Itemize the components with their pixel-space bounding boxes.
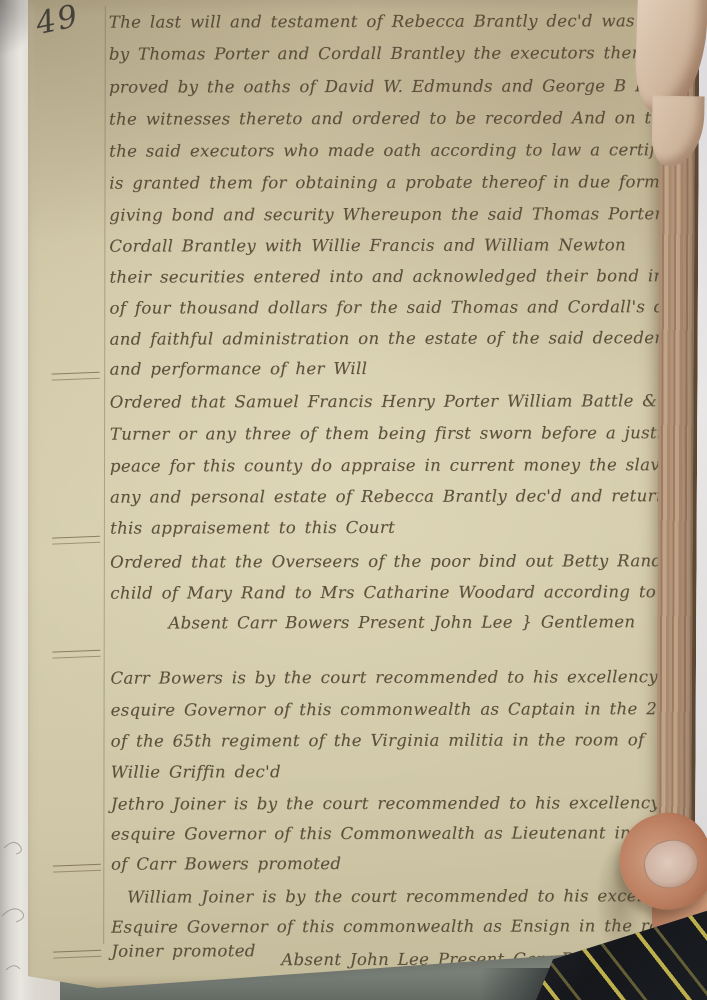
manuscript-line: Absent Carr Bowers Present John Lee } Ge…: [168, 612, 635, 632]
manuscript-line: Joiner promoted: [111, 941, 256, 960]
manuscript-line: by Thomas Porter and Cordall Brantley th…: [109, 43, 707, 64]
manuscript-line: of four thousand dollars for the said Th…: [109, 297, 685, 318]
manuscript-line: Ordered that the Overseers of the poor b…: [110, 551, 707, 572]
manuscript-line: any and personal estate of Rebecca Brant…: [110, 486, 667, 506]
manuscript-page: 49 The last will and testament of Rebecc…: [28, 0, 660, 992]
manuscript-line: Cordall Brantley with Willie Francis and…: [109, 235, 626, 255]
manuscript-line: giving bond and security Whereupon the s…: [109, 204, 686, 225]
manuscript-line: peace for this county do appraise in cur…: [110, 455, 700, 476]
manuscript-line: The last will and testament of Rebecca B…: [109, 11, 707, 32]
paragraph-margin-mark: [53, 864, 101, 873]
paragraph-margin-mark: [52, 372, 100, 381]
manuscript-line: Jethro Joiner is by the court recommende…: [111, 793, 707, 814]
manuscript-line: and faithful administration on the estat…: [110, 328, 673, 348]
manuscript-line: this appraisement to this Court: [110, 518, 395, 538]
manuscript-line: Willie Griffin dec'd: [111, 762, 281, 781]
manuscript-line: the witnesses thereto and ordered to be …: [109, 108, 707, 129]
manuscript-line: Ordered that Samuel Francis Henry Porter…: [110, 391, 707, 412]
paragraph-margin-mark: [52, 536, 100, 545]
paragraph-margin-mark: [52, 650, 100, 659]
manuscript-line: of Carr Bowers promoted: [111, 854, 341, 874]
manuscript-line: is granted them for obtaining a probate …: [109, 172, 707, 193]
manuscript-line: esquire Governor of this commonwealth as…: [111, 699, 707, 720]
manuscript-line: Turner or any three of them being first …: [110, 423, 707, 444]
ink-lines: The last will and testament of Rebecca B…: [27, 0, 662, 993]
manuscript-line: child of Mary Rand to Mrs Catharine Wood…: [110, 582, 700, 603]
manuscript-line: the said executors who made oath accordi…: [109, 140, 698, 161]
manuscript-line: their securities entered into and acknow…: [109, 266, 707, 287]
manuscript-line: Carr Bowers is by the court recommended …: [110, 667, 707, 688]
paragraph-margin-mark: [53, 950, 101, 959]
photograph-of-record-book: 49 The last will and testament of Rebecc…: [0, 0, 707, 1000]
manuscript-line: and performance of her Will: [110, 359, 368, 379]
manuscript-line: proved by the oaths of David W. Edmunds …: [109, 76, 707, 97]
manuscript-line: of the 65th regiment of the Virginia mil…: [111, 730, 645, 750]
